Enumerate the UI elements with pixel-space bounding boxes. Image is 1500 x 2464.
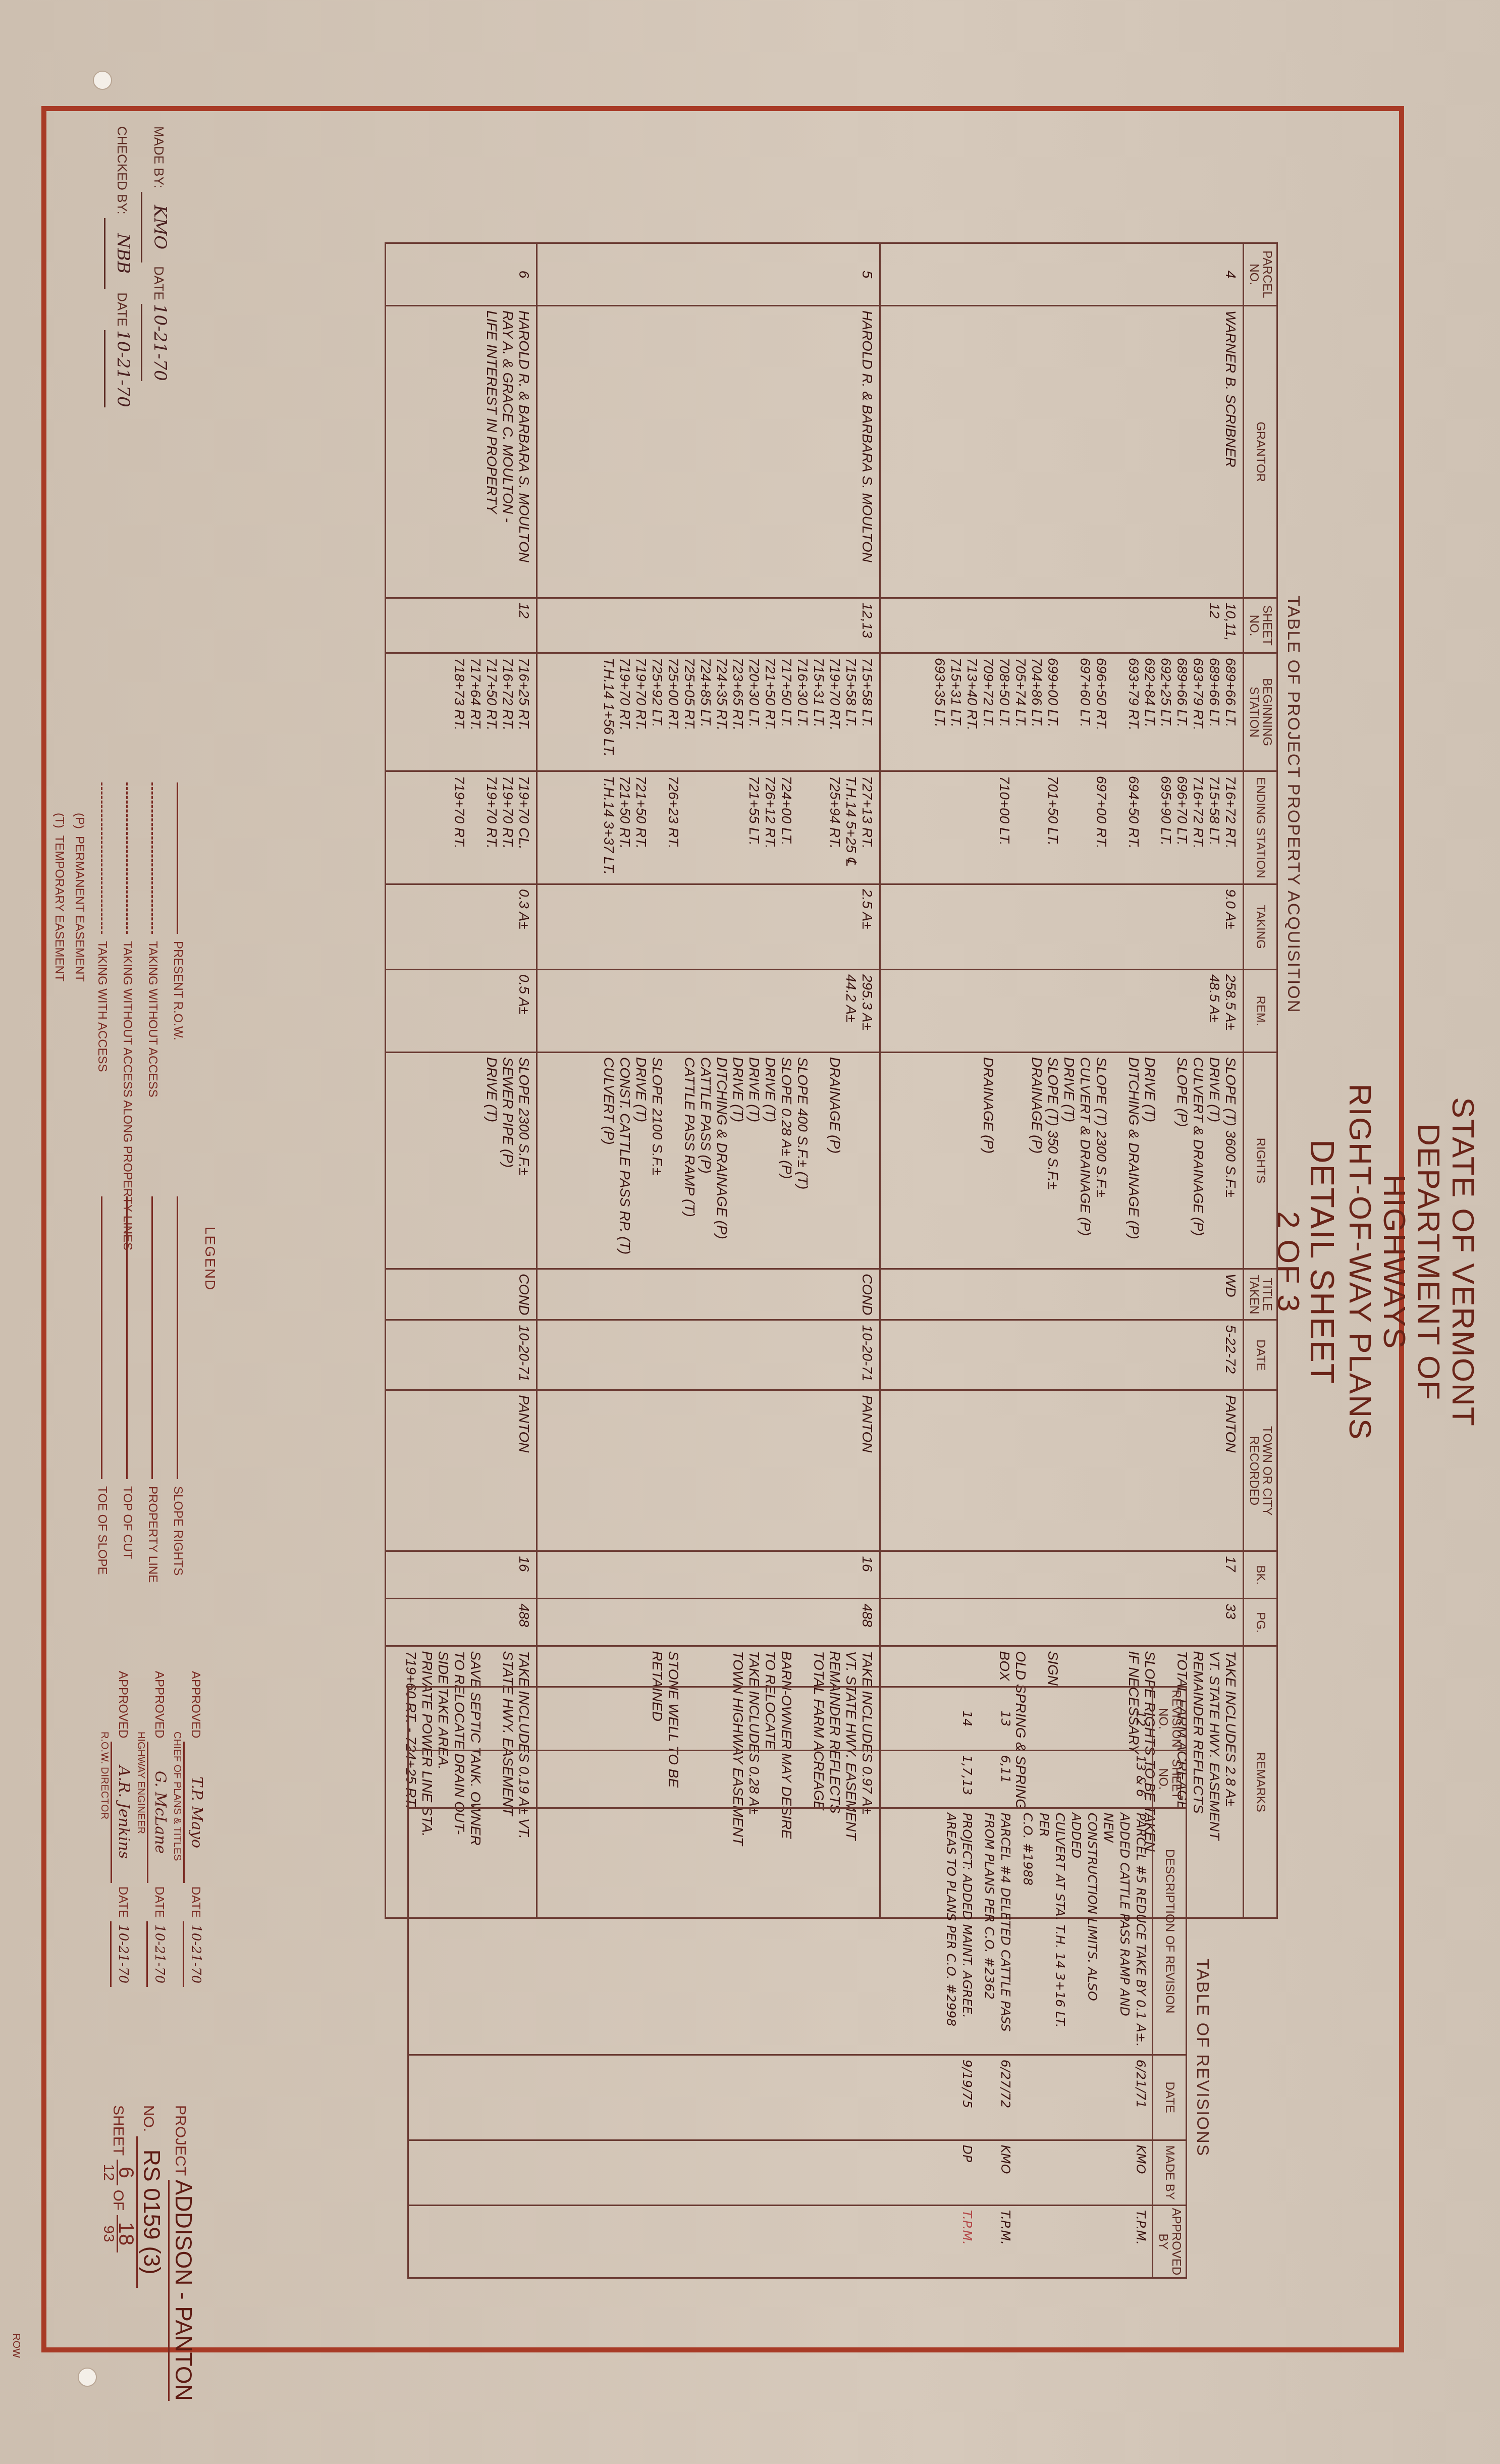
checked-date: 10-21-70: [104, 330, 141, 407]
table-header-row: REVISION NO. SHEET NO. DESCRIPTION OF RE…: [1153, 1687, 1187, 2278]
revision-sheet: 6,11: [978, 1750, 1016, 1808]
approval-chief-plans: APPROVED T.P. Mayo DATE 10-21-70: [183, 1671, 208, 1987]
remainder: 258.5 A± 48.5 A±: [880, 970, 1244, 1053]
beginning-station: 716+25 RT. 716+72 RT. 717+50 RT. 717+64 …: [386, 653, 537, 771]
title-taken: WD: [880, 1269, 1244, 1320]
revision-row: 12 13 & 6 PARCEL #5 REDUCE TAKE BY 0.1 A…: [1016, 1687, 1153, 2278]
sheet-label: SHEET: [110, 2105, 127, 2155]
legend-item: TOE OF SLOPE: [92, 1196, 112, 1575]
grantor: WARNER B. SCRIBNER: [880, 306, 1244, 598]
signature: T.P. Mayo: [183, 1742, 208, 1883]
approver-role: CHIEF OF PLANS & TITLES: [172, 1671, 183, 1987]
rights: SLOPE 2300 S.F.± SEWER PIPE (P) DRIVE (T…: [386, 1053, 537, 1269]
date-label: DATE: [152, 1886, 166, 1918]
approved-label: APPROVED: [189, 1671, 202, 1738]
col-rem: REM.: [1244, 970, 1277, 1053]
sheet-no: 12: [386, 598, 537, 653]
legend-label: TAKING WITH ACCESS: [95, 941, 109, 1072]
date: 10-20-71: [537, 1320, 880, 1390]
legend-title: LEGEND: [202, 1227, 218, 1291]
legend-label: PERMANENT EASEMENT: [72, 836, 86, 982]
col-page: PG.: [1244, 1599, 1277, 1646]
revision-date: 6/27/72: [978, 2055, 1016, 2140]
remainder: 295.3 A± 44.2 A±: [537, 970, 880, 1053]
punch-hole: [78, 2368, 97, 2387]
made-checked-block: MADE BY: KMO DATE 10-21-70 CHECKED BY: N…: [104, 126, 178, 407]
legend-item: SLOPE RIGHTS: [168, 1196, 188, 1576]
sheet-fraction: 6 12: [100, 2160, 134, 2185]
legend-item: TAKING WITHOUT ACCESS: [142, 782, 163, 1097]
approval-date: 10-21-70: [183, 1921, 207, 1987]
rights: SLOPE (T) 3600 S.F.± DRIVE (T) CULVERT &…: [880, 1053, 1244, 1269]
legend-item: (T) TEMPORARY EASEMENT: [49, 813, 69, 982]
revision-approved-by: T.P.M.: [940, 2205, 978, 2278]
approval-highway-engineer: APPROVED G. McLane DATE 10-21-70: [146, 1671, 172, 1987]
revision-date: 9/19/75: [940, 2055, 978, 2140]
ending-station: 719+70 CL. 719+70 RT. 719+70 RT. 719+70 …: [386, 771, 537, 884]
empty-cell: [408, 2055, 940, 2140]
col-date: DATE: [1244, 1320, 1277, 1390]
parcel-no: 5: [537, 243, 880, 306]
empty-cell: [408, 2140, 940, 2205]
revision-made-by: KMO: [978, 2140, 1016, 2205]
revision-description: PROJECT: ADDED MAINT. AGREE. AREAS TO PL…: [940, 1808, 978, 2055]
approval-row-director: APPROVED A.R. Jenkins DATE 10-21-70: [110, 1671, 135, 1987]
legend-label: TOP OF CUT: [120, 1486, 134, 1559]
sheet-number-line: SHEET 6 12 OF 18 93: [100, 2105, 134, 2401]
book: 16: [386, 1551, 537, 1599]
taking-with-access-line-icon: [101, 782, 103, 934]
revision-no: 12: [1016, 1687, 1153, 1751]
col-remarks: REMARKS: [1244, 1646, 1277, 1918]
revision-no: 14: [940, 1687, 978, 1751]
revision-row: 14 1,7,13 PROJECT: ADDED MAINT. AGREE. A…: [940, 1687, 978, 2278]
revision-date: 6/21/71: [1016, 2055, 1153, 2140]
made-date-label: DATE: [151, 266, 167, 300]
signature: A.R. Jenkins: [111, 1742, 135, 1883]
legend-item: (P) PERMANENT EASEMENT: [69, 813, 89, 982]
col-made-by: MADE BY: [1153, 2140, 1187, 2205]
table-row: 5 HAROLD R. & BARBARA S. MOULTON 12,13 7…: [537, 243, 880, 1918]
taking: 2.5 A±: [537, 884, 880, 970]
signature: G. McLane: [147, 1742, 172, 1883]
revision-row: 13 6,11 PARCEL #4 DELETED CATTLE PASS FR…: [978, 1687, 1016, 2278]
col-approved-by: APPROVED BY: [1153, 2205, 1187, 2278]
page: 33: [880, 1599, 1244, 1646]
revisions-table: REVISION NO. SHEET NO. DESCRIPTION OF RE…: [407, 1686, 1187, 2279]
property-table-title: TABLE OF PROJECT PROPERTY ACQUISITION: [1283, 596, 1303, 1013]
temporary-easement-symbol: (T): [52, 813, 66, 828]
col-beginning-station: BEGINNING STATION: [1244, 653, 1277, 771]
toe-of-slope-circle-icon: [101, 1196, 103, 1479]
approval-date: 10-21-70: [146, 1921, 171, 1987]
title-taken: COND: [537, 1269, 880, 1320]
col-parcel: PARCEL NO.: [1244, 243, 1277, 306]
made-by-line: MADE BY: KMO DATE 10-21-70: [141, 126, 178, 407]
col-revision-no: REVISION NO.: [1153, 1687, 1187, 1751]
title-block: STATE OF VERMONT DEPARTMENT OF HIGHWAYS …: [1271, 1035, 1480, 1489]
project-number-line: NO. RS 0159 (3): [134, 2105, 166, 2401]
revision-approved-by: T.P.M.: [978, 2205, 1016, 2278]
title-state: STATE OF VERMONT: [1445, 1035, 1480, 1489]
legend-item: TOP OF CUT: [117, 1196, 137, 1559]
legend-label: PROPERTY LINE: [145, 1486, 159, 1583]
taking: 9.0 A±: [880, 884, 1244, 970]
property-acquisition-table: PARCEL NO. GRANTOR SHEET NO. BEGINNING S…: [385, 242, 1278, 1919]
sheet-no: 12,13: [537, 598, 880, 653]
town-recorded: PANTON: [537, 1390, 880, 1551]
sheet-denominator: 12: [100, 2164, 117, 2181]
row-corner-mark: ROW: [10, 2333, 22, 2358]
beginning-station: 689+66 LT. 689+66 LT. 693+79 RT. 689+66 …: [880, 653, 1244, 771]
parcel-no: 6: [386, 243, 537, 306]
sheet-numerator: 6: [117, 2160, 134, 2185]
taking-without-access-line-icon: [152, 782, 153, 934]
revision-made-by: KMO: [1016, 2140, 1153, 2205]
grantor: HAROLD R. & BARBARA S. MOULTON RAY A. & …: [386, 306, 537, 598]
project-number: RS 0159 (3): [136, 2136, 166, 2288]
total-numerator: 18: [117, 2215, 134, 2253]
col-town-recorded: TOWN OR CITY RECORDED: [1244, 1390, 1277, 1551]
approved-label: APPROVED: [116, 1671, 130, 1738]
col-date: DATE: [1153, 2055, 1187, 2140]
made-by-label: MADE BY:: [151, 126, 167, 188]
made-by-initials: KMO: [141, 192, 178, 263]
book: 17: [880, 1551, 1244, 1599]
project-line: PROJECT ADDISON - PANTON: [166, 2105, 198, 2401]
col-sheet-no: SHEET NO.: [1153, 1750, 1187, 1808]
taking-without-access-along-pl-line-icon: [127, 782, 128, 934]
ending-station: 716+72 RT. 715+58 LT. 716+72 RT. 696+70 …: [880, 771, 1244, 884]
punch-hole: [93, 71, 112, 90]
revisions-table-title: TABLE OF REVISIONS: [1193, 1959, 1212, 2157]
town-recorded: PANTON: [386, 1390, 537, 1551]
made-date: 10-21-70: [141, 304, 178, 381]
ending-station: 727+13 RT. T.H.14 5+25 ℄ 725+94 RT. 724+…: [537, 771, 880, 884]
date-label: DATE: [116, 1886, 130, 1918]
revision-sheet: 1,7,13: [940, 1750, 978, 1808]
approver-role: R.O.W. DIRECTOR: [99, 1671, 110, 1987]
approved-label: APPROVED: [152, 1671, 166, 1738]
title-detail-sheet: DETAIL SHEET: [1305, 1035, 1340, 1489]
title-plans: RIGHT-OF-WAY PLANS: [1343, 1035, 1377, 1489]
beginning-station: 715+58 LT. 715+58 LT. 719+70 RT. 715+31 …: [537, 653, 880, 771]
of-label: OF: [110, 2190, 127, 2211]
revision-description: PARCEL #5 REDUCE TAKE BY 0.1 A±. ADDED C…: [1016, 1808, 1153, 2055]
legend-item: PRESENT R.O.W.: [168, 782, 188, 1040]
top-of-cut-triangle-icon: [127, 1196, 128, 1479]
taking: 0.3 A±: [386, 884, 537, 970]
legend-label: PRESENT R.O.W.: [171, 941, 185, 1040]
empty-cell: [408, 1808, 940, 2055]
town-recorded: PANTON: [880, 1390, 1244, 1551]
title-department: DEPARTMENT OF HIGHWAYS: [1377, 1035, 1445, 1489]
col-sheet: SHEET NO.: [1244, 598, 1277, 653]
table-row: 4 WARNER B. SCRIBNER 10,11, 12 689+66 LT…: [880, 243, 1244, 1918]
permanent-easement-symbol: (P): [72, 813, 86, 829]
revision-no: 13: [978, 1687, 1016, 1751]
project-label: PROJECT: [172, 2105, 189, 2175]
col-rights: RIGHTS: [1244, 1053, 1277, 1269]
legend-label: TAKING WITHOUT ACCESS: [145, 941, 159, 1097]
book: 16: [537, 1551, 880, 1599]
table-header-row: PARCEL NO. GRANTOR SHEET NO. BEGINNING S…: [1244, 243, 1277, 1918]
date: 5-22-72: [880, 1320, 1244, 1390]
page: 488: [386, 1599, 537, 1646]
approval-block: APPROVED T.P. Mayo DATE 10-21-70 CHIEF O…: [99, 1671, 208, 1987]
project-name: ADDISON - PANTON: [168, 2180, 198, 2401]
revision-made-by: DP: [940, 2140, 978, 2205]
approver-role: HIGHWAY ENGINEER: [135, 1671, 146, 1987]
row-plan-sheet: STATE OF VERMONT DEPARTMENT OF HIGHWAYS …: [0, 0, 1500, 2464]
remainder: 0.5 A±: [386, 970, 537, 1053]
checked-by-label: CHECKED BY:: [115, 126, 130, 215]
table-row: 6 HAROLD R. & BARBARA S. MOULTON RAY A. …: [386, 243, 537, 1918]
col-grantor: GRANTOR: [1244, 306, 1277, 598]
title-taken: COND: [386, 1269, 537, 1320]
checked-date-label: DATE: [115, 292, 130, 326]
legend-item: TAKING WITHOUT ACCESS ALONG PROPERTY LIN…: [117, 782, 137, 1250]
revision-approved-by: T.P.M.: [1016, 2205, 1153, 2278]
page: 488: [537, 1599, 880, 1646]
legend-label: TOE OF SLOPE: [95, 1486, 109, 1575]
total-denominator: 93: [100, 2225, 117, 2242]
rights: DRAINAGE (P) SLOPE 400 S.F.± (T) SLOPE 0…: [537, 1053, 880, 1269]
empty-cell: [408, 1750, 940, 1808]
sheet-no: 10,11, 12: [880, 598, 1244, 653]
grantor: HAROLD R. & BARBARA S. MOULTON: [537, 306, 880, 598]
col-book: BK.: [1244, 1551, 1277, 1599]
slope-rights-line-icon: [177, 1196, 179, 1479]
present-row-line-icon: [177, 782, 179, 934]
parcel-no: 4: [880, 243, 1244, 306]
property-line-icon: [152, 1196, 153, 1479]
col-ending-station: ENDING STATION: [1244, 771, 1277, 884]
checked-by-line: CHECKED BY: NBB DATE 10-21-70: [104, 126, 141, 407]
total-fraction: 18 93: [100, 2215, 134, 2253]
revision-row-empty: [408, 1687, 940, 2278]
col-title-taken: TITLE TAKEN: [1244, 1269, 1277, 1320]
legend-label: SLOPE RIGHTS: [171, 1486, 185, 1576]
empty-cell: [408, 1687, 940, 1751]
date-label: DATE: [189, 1886, 202, 1918]
date: 10-20-71: [386, 1320, 537, 1390]
legend-item: PROPERTY LINE: [142, 1196, 163, 1583]
legend-item: TAKING WITH ACCESS: [92, 782, 112, 1072]
empty-cell: [408, 2205, 940, 2278]
legend-label: TEMPORARY EASEMENT: [52, 835, 66, 982]
project-no-label: NO.: [140, 2105, 157, 2132]
revision-description: PARCEL #4 DELETED CATTLE PASS FROM PLANS…: [978, 1808, 1016, 2055]
checked-by-initials: NBB: [104, 218, 141, 289]
revision-sheet: 13 & 6: [1016, 1750, 1153, 1808]
project-block: PROJECT ADDISON - PANTON NO. RS 0159 (3)…: [100, 2105, 198, 2401]
col-description: DESCRIPTION OF REVISION: [1153, 1808, 1187, 2055]
approval-date: 10-21-70: [110, 1921, 135, 1987]
col-taking: TAKING: [1244, 884, 1277, 970]
